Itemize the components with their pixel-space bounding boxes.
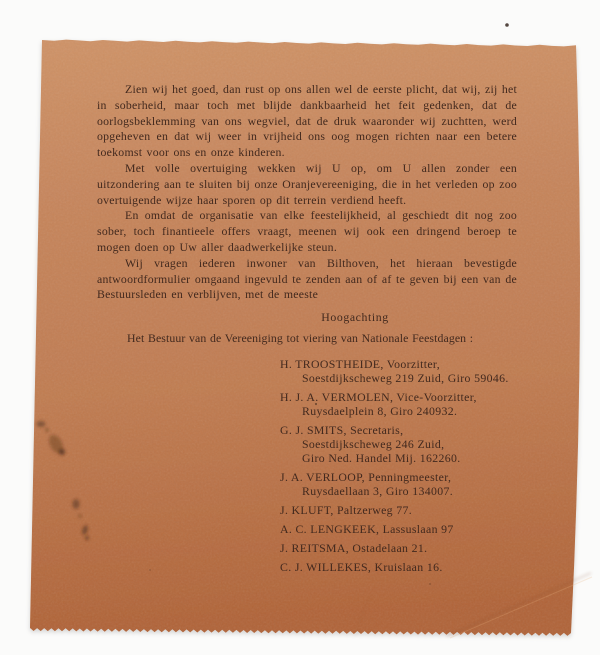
paper-speck (505, 23, 509, 27)
letter-paragraph-4: Wij vragen iederen inwoner van Bilthoven… (97, 256, 517, 303)
paper-speck (429, 583, 431, 585)
letter-body: Zien wij het goed, dan rust op ons allen… (97, 82, 517, 303)
member-address-line: Soestdijkscheweg 219 Zuid, Giro 59046. (280, 371, 517, 385)
letter-paragraph-1: Zien wij het goed, dan rust op ons allen… (97, 82, 517, 161)
letter-paragraph-2: Met volle overtuiging wekken wij U op, o… (97, 161, 517, 208)
letter-paragraph-3: En omdat de organisatie van elke feestel… (97, 208, 517, 255)
member-name-line: J. KLUFT, Paltzerweg 77. (280, 503, 517, 517)
member-address-line: Soestdijkscheweg 246 Zuid, (280, 437, 517, 451)
member-name-line: A. C. LENGKEEK, Lassuslaan 97 (280, 522, 517, 536)
board-member-1: H. TROOSTHEIDE, Voorzitter, Soestdijksch… (280, 357, 517, 385)
member-name-line: H. J. A. VERMOLEN, Vice-Voorzitter, (280, 390, 517, 404)
ink-stain (78, 514, 81, 517)
ink-stain (85, 536, 89, 540)
letter-signature-block: Hoogachting Het Bestuur van de Vereenigi… (97, 302, 517, 579)
member-name-line: C. J. WILLEKES, Kruislaan 16. (280, 560, 517, 574)
member-name-line: G. J. SMITS, Secretaris, (280, 423, 517, 437)
board-member-5: J. KLUFT, Paltzerweg 77. (280, 503, 517, 517)
scan-background: Zien wij het goed, dan rust op ons allen… (0, 0, 600, 655)
ink-stain (45, 428, 48, 431)
board-member-7: J. REITSMA, Ostadelaan 21. (280, 541, 517, 555)
board-member-8: C. J. WILLEKES, Kruislaan 16. (280, 560, 517, 574)
member-name-line: J. REITSMA, Ostadelaan 21. (280, 541, 517, 555)
member-address-line: Ruysdaelplein 8, Giro 240932. (280, 404, 517, 418)
board-member-3: G. J. SMITS, Secretaris, Soestdijkschewe… (280, 423, 517, 465)
member-name-line: H. TROOSTHEIDE, Voorzitter, (280, 357, 517, 371)
ink-stain (37, 421, 46, 427)
ink-stain (72, 499, 79, 509)
board-member-6: A. C. LENGKEEK, Lassuslaan 97 (280, 522, 517, 536)
member-address-line: Ruysdaellaan 3, Giro 134007. (280, 484, 517, 498)
board-member-list: H. TROOSTHEIDE, Voorzitter, Soestdijksch… (97, 357, 517, 574)
member-name-line: J. A. VERLOOP, Penningmeester, (280, 470, 517, 484)
board-heading: Het Bestuur van de Vereeniging tot vieri… (97, 331, 517, 347)
board-member-4: J. A. VERLOOP, Penningmeester, Ruysdaell… (280, 470, 517, 498)
member-address-line: Giro Ned. Handel Mij. 162260. (280, 451, 517, 465)
ink-stain (59, 449, 65, 455)
closing-salutation: Hoogachting (97, 310, 517, 326)
board-member-2: H. J. A. VERMOLEN, Vice-Voorzitter, Ruys… (280, 390, 517, 418)
